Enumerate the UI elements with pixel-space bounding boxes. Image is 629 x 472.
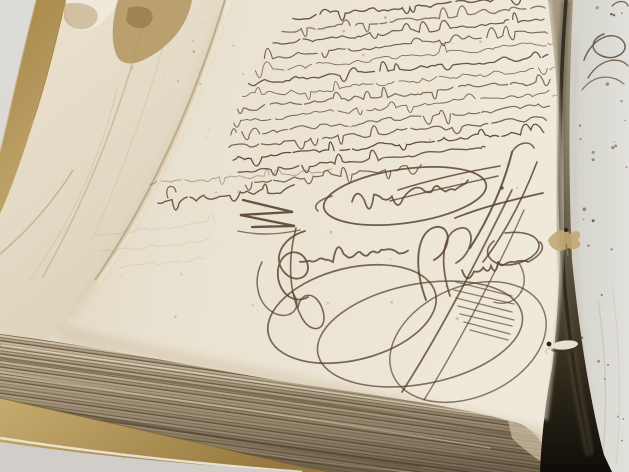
- speck: [177, 80, 179, 82]
- speck: [583, 207, 587, 211]
- speck: [215, 191, 218, 194]
- speck: [621, 440, 623, 442]
- speck: [621, 12, 623, 14]
- speck: [242, 73, 244, 75]
- speck: [174, 315, 177, 318]
- speck: [121, 276, 122, 277]
- speck: [610, 13, 613, 16]
- speck: [580, 138, 582, 140]
- speck: [131, 67, 134, 70]
- speck: [516, 187, 518, 189]
- speck: [218, 240, 219, 241]
- speck: [326, 236, 327, 237]
- manuscript-photo-canvas: [0, 0, 629, 472]
- speck: [246, 125, 247, 126]
- speck: [330, 231, 333, 234]
- speck: [251, 304, 254, 307]
- speck: [261, 100, 262, 101]
- speck: [592, 219, 595, 222]
- speck: [193, 50, 196, 53]
- speck: [199, 82, 201, 84]
- speck: [601, 294, 603, 296]
- speck: [595, 6, 598, 9]
- speck: [429, 138, 432, 141]
- speck: [202, 22, 203, 23]
- speck: [342, 30, 345, 33]
- speck: [232, 44, 235, 47]
- speck: [614, 145, 617, 148]
- speck: [164, 76, 166, 78]
- speck: [362, 53, 365, 56]
- speck: [452, 43, 453, 44]
- speck: [613, 14, 615, 16]
- speck: [597, 360, 600, 363]
- speck: [625, 166, 627, 168]
- speck: [264, 207, 266, 209]
- speck: [617, 415, 619, 417]
- speck: [620, 100, 622, 102]
- speck: [206, 137, 207, 138]
- speck: [314, 93, 315, 94]
- speck: [505, 163, 507, 165]
- speck: [350, 126, 352, 128]
- speck: [624, 120, 626, 122]
- speck: [404, 142, 405, 143]
- speck: [614, 141, 615, 142]
- speck: [208, 128, 210, 130]
- speck: [592, 158, 595, 161]
- speck: [611, 248, 613, 250]
- speck: [390, 258, 392, 260]
- speck: [587, 245, 589, 247]
- speck: [592, 151, 595, 154]
- manuscript-photo: [0, 0, 629, 472]
- speck: [191, 39, 194, 42]
- speck: [369, 172, 370, 173]
- speck: [391, 301, 393, 303]
- speck: [483, 233, 485, 235]
- speck: [623, 418, 625, 420]
- speck: [384, 16, 387, 19]
- speck: [479, 40, 482, 43]
- speck: [611, 146, 614, 149]
- speck: [604, 378, 605, 379]
- speck: [607, 364, 609, 366]
- speck: [461, 177, 464, 180]
- speck: [606, 82, 610, 86]
- speck: [579, 125, 581, 127]
- speck: [198, 71, 200, 73]
- speck: [180, 273, 183, 276]
- speck: [456, 317, 459, 320]
- speck: [327, 302, 330, 305]
- speck: [583, 219, 585, 221]
